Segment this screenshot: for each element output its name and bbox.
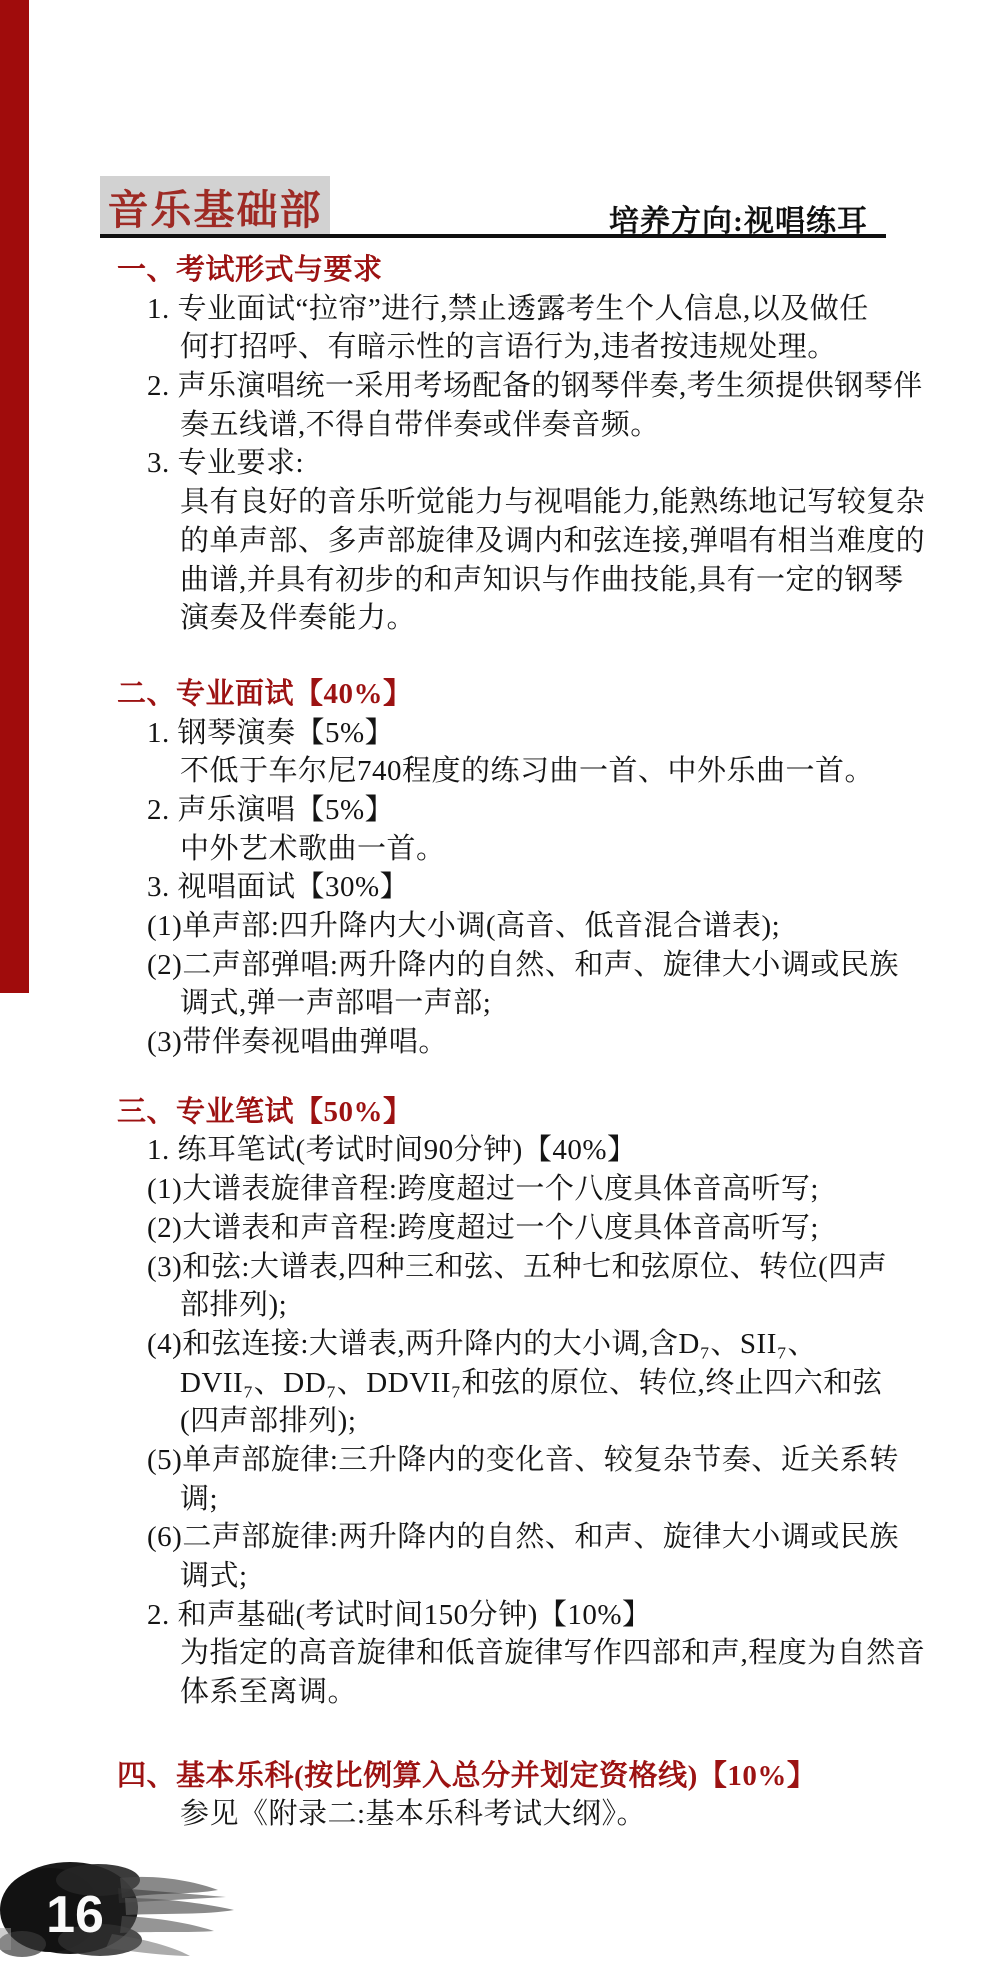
section-spacer xyxy=(100,1712,900,1757)
text-line: 3. 专业要求: xyxy=(100,444,900,483)
text-line: 调式,弹一声部唱一声部; xyxy=(100,984,900,1023)
department-header-box: 音乐基础部 xyxy=(100,176,330,237)
department-title: 音乐基础部 xyxy=(108,177,323,236)
text-line: (1)单声部:四升降内大小调(高音、低音混合谱表); xyxy=(100,907,900,946)
text-line: (4)和弦连接:大谱表,两升降内的大小调,含D₇、SII₇、 xyxy=(100,1325,900,1364)
section-heading-3: 三、专业笔试【50%】 xyxy=(100,1093,900,1132)
page-number: 16 xyxy=(46,1886,104,1944)
text-line: 3. 视唱面试【30%】 xyxy=(100,868,900,907)
text-line: DVII₇、DD₇、DDVII₇和弦的原位、转位,终止四六和弦 xyxy=(100,1364,900,1403)
text-line: (3)带伴奏视唱曲弹唱。 xyxy=(100,1023,900,1062)
text-line: 的单声部、多声部旋律及调内和弦连接,弹唱有相当难度的 xyxy=(100,522,900,561)
ink-splash-graphic: 16 xyxy=(0,1852,240,1965)
section-heading-2: 二、专业面试【40%】 xyxy=(100,675,900,714)
text-line: 1. 专业面试“拉帘”进行,禁止透露考生个人信息,以及做任 xyxy=(100,290,900,329)
header-divider-line xyxy=(100,234,886,238)
text-line: 中外艺术歌曲一首。 xyxy=(100,830,900,869)
text-line: 1. 钢琴演奏【5%】 xyxy=(100,714,900,753)
text-line: 调式; xyxy=(100,1557,900,1596)
section-heading-1: 一、考试形式与要求 xyxy=(100,251,900,290)
section-heading-4: 四、基本乐科(按比例算入总分并划定资格线)【10%】 xyxy=(100,1757,900,1796)
text-line: 部排列); xyxy=(100,1286,900,1325)
text-line: 2. 声乐演唱统一采用考场配备的钢琴伴奏,考生须提供钢琴伴 xyxy=(100,367,900,406)
text-line: 调; xyxy=(100,1480,900,1519)
text-line: 曲谱,并具有初步的和声知识与作曲技能,具有一定的钢琴 xyxy=(100,561,900,600)
section-spacer xyxy=(100,1062,900,1093)
document-page: 音乐基础部 培养方向:视唱练耳 一、考试形式与要求 1. 专业面试“拉帘”进行,… xyxy=(0,0,982,1965)
text-line: 奏五线谱,不得自带伴奏或伴奏音频。 xyxy=(100,406,900,445)
text-line: (6)二声部旋律:两升降内的自然、和声、旋律大小调或民族 xyxy=(100,1518,900,1557)
text-line: 演奏及伴奏能力。 xyxy=(100,599,900,638)
page-body: 一、考试形式与要求 1. 专业面试“拉帘”进行,禁止透露考生个人信息,以及做任 … xyxy=(100,251,900,1834)
text-line: 不低于车尔尼740程度的练习曲一首、中外乐曲一首。 xyxy=(100,752,900,791)
text-line: 具有良好的音乐听觉能力与视唱能力,能熟练地记写较复杂 xyxy=(100,483,900,522)
text-line: 体系至离调。 xyxy=(100,1673,900,1712)
text-line: 何打招呼、有暗示性的言语行为,违者按违规处理。 xyxy=(100,328,900,367)
text-line: 2. 声乐演唱【5%】 xyxy=(100,791,900,830)
text-line: 2. 和声基础(考试时间150分钟)【10%】 xyxy=(100,1596,900,1635)
section-spacer xyxy=(100,638,900,675)
text-line: (2)大谱表和声音程:跨度超过一个八度具体音高听写; xyxy=(100,1209,900,1248)
text-line: (1)大谱表旋律音程:跨度超过一个八度具体音高听写; xyxy=(100,1170,900,1209)
text-line: 参见《附录二:基本乐科考试大纲》。 xyxy=(100,1795,900,1834)
text-line: (5)单声部旋律:三升降内的变化音、较复杂节奏、近关系转 xyxy=(100,1441,900,1480)
left-margin-red-bar xyxy=(0,0,29,993)
text-line: 1. 练耳笔试(考试时间90分钟)【40%】 xyxy=(100,1131,900,1170)
text-line: (2)二声部弹唱:两升降内的自然、和声、旋律大小调或民族 xyxy=(100,946,900,985)
text-line: (3)和弦:大谱表,四种三和弦、五种七和弦原位、转位(四声 xyxy=(100,1248,900,1287)
text-line: (四声部排列); xyxy=(100,1402,900,1441)
text-line: 为指定的高音旋律和低音旋律写作四部和声,程度为自然音 xyxy=(100,1634,900,1673)
